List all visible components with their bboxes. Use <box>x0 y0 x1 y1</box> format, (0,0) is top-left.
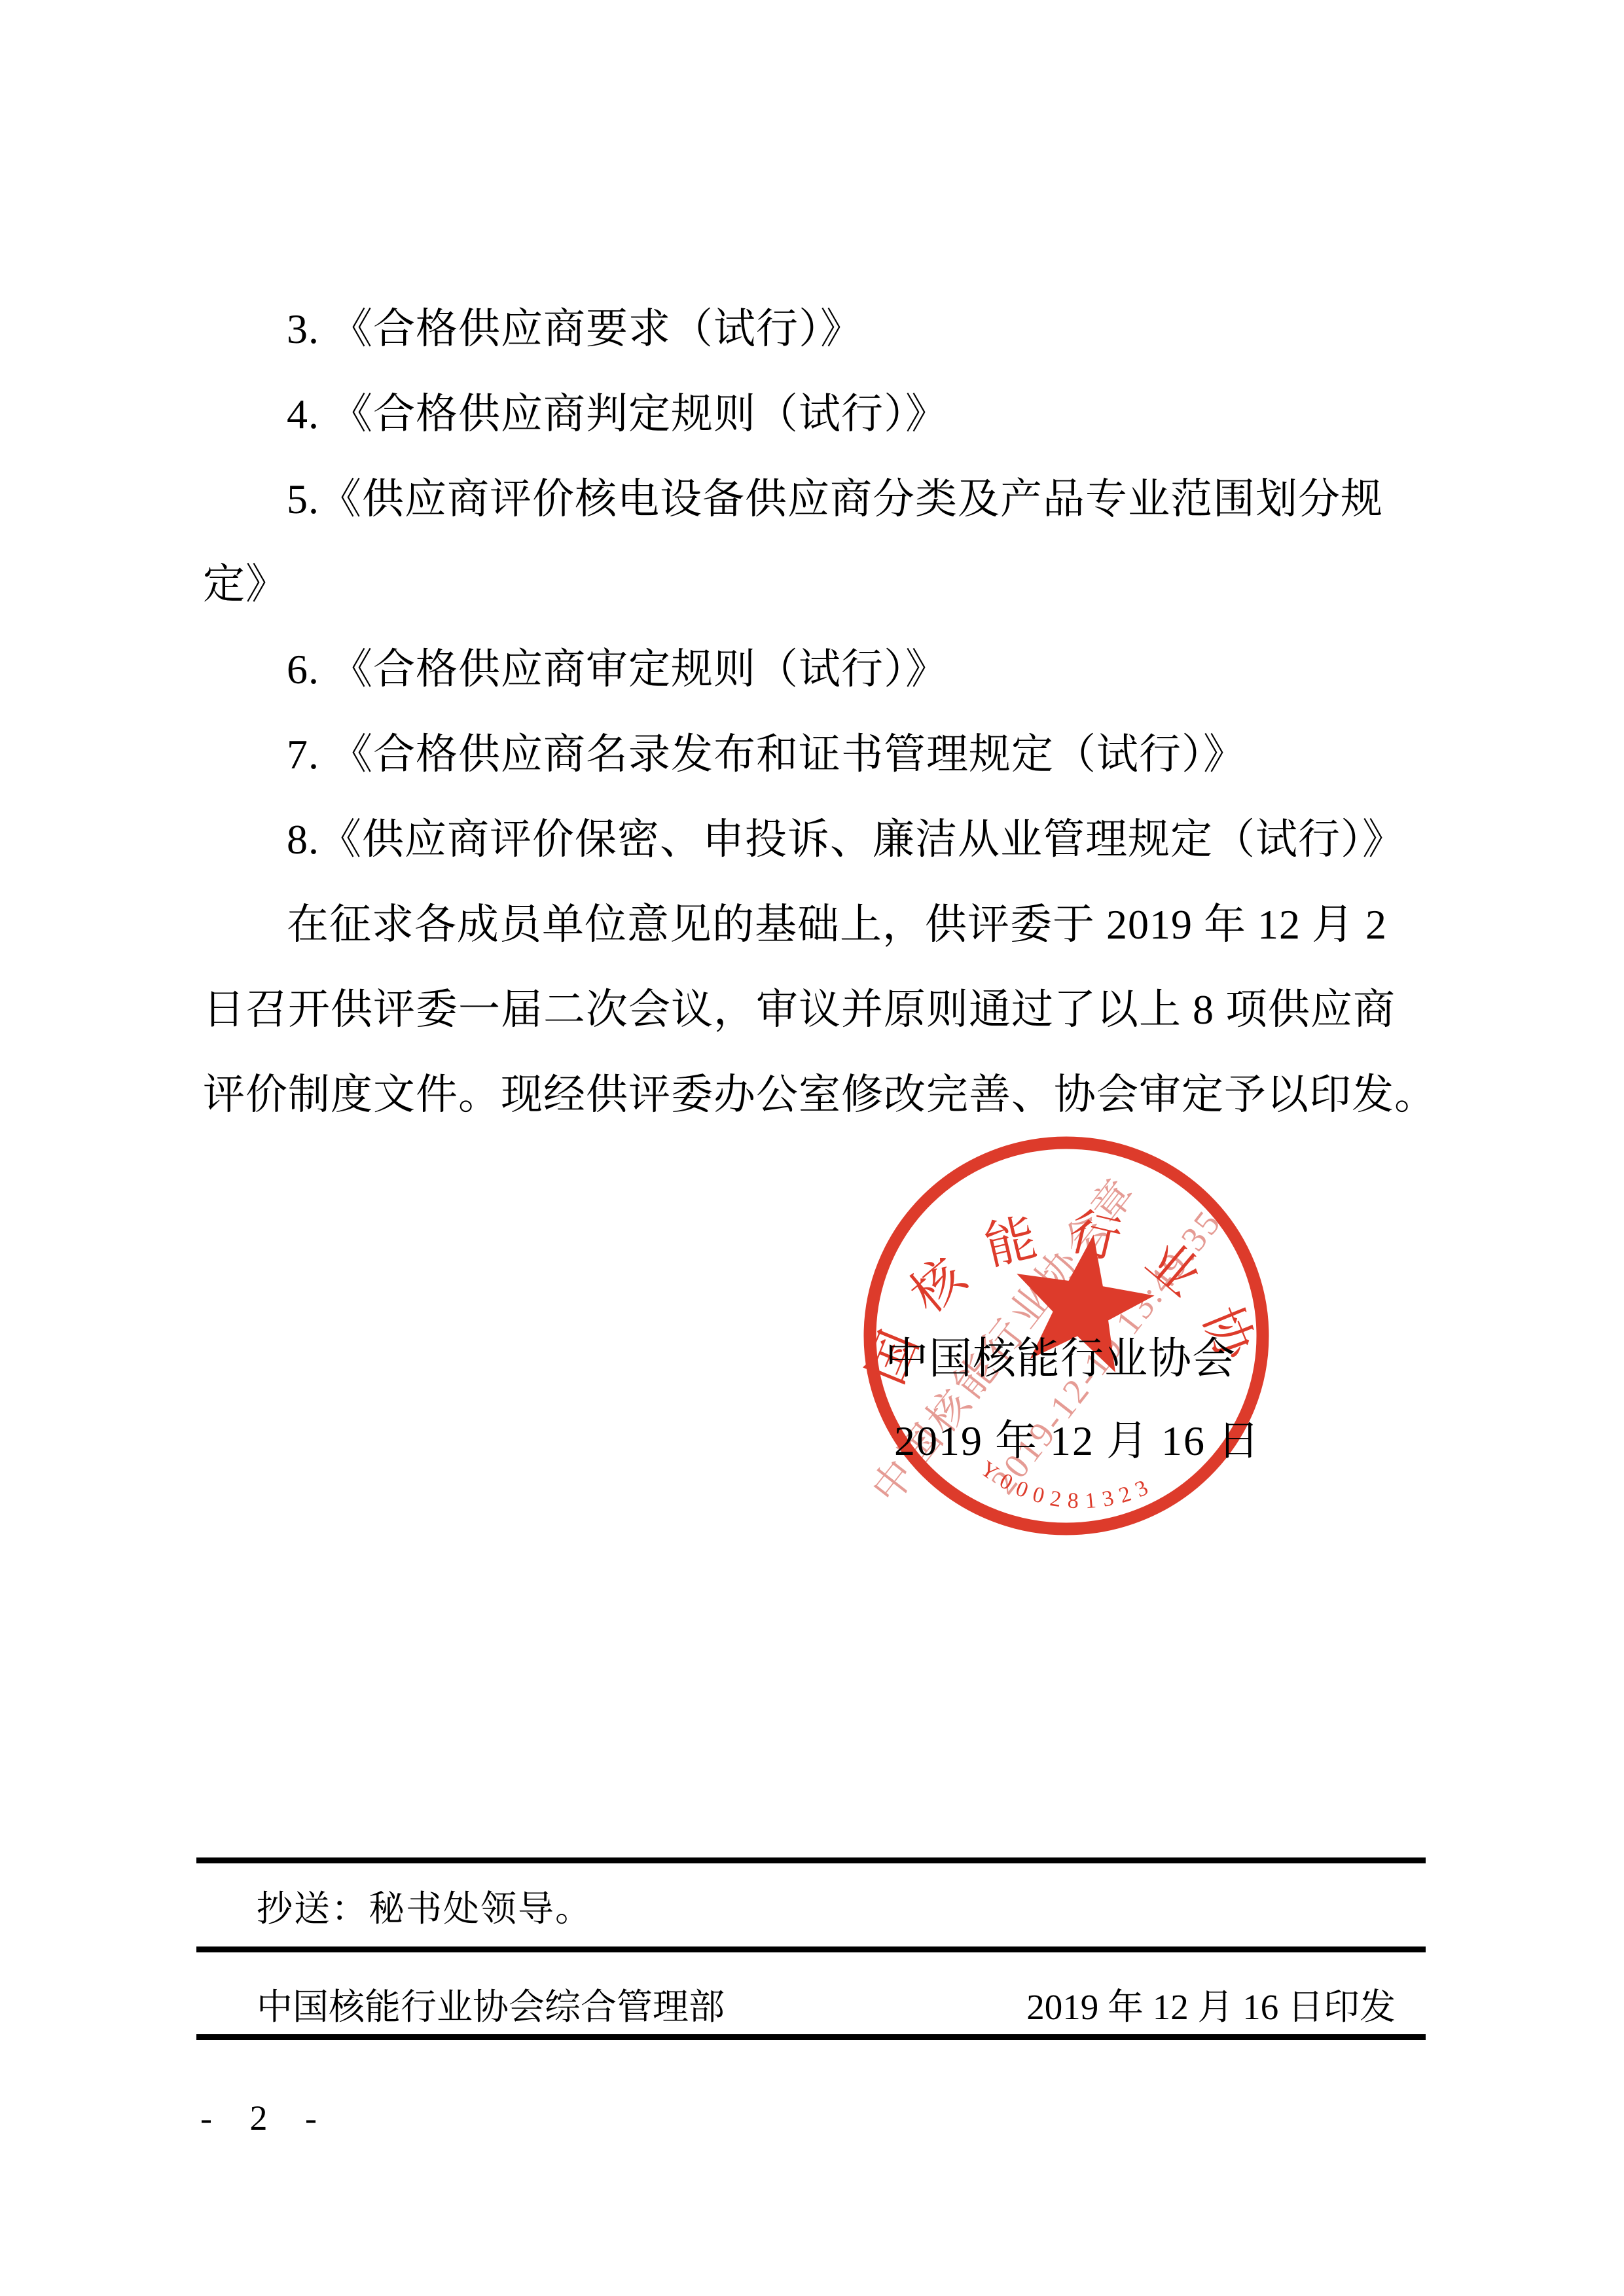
list-item-4: 4. 《合格供应商判定规则（试行）》 <box>203 372 1428 457</box>
print-date: 2019 年 12 月 16 日印发 <box>1026 1978 1396 2030</box>
cc-line: 抄送：秘书处领导。 <box>257 1880 592 1931</box>
footer-issuer-row: 中国核能行业协会综合管理部 2019 年 12 月 16 日印发 <box>257 1978 1396 2030</box>
footer-rule-bottom <box>196 2034 1426 2040</box>
list-item-8: 8.《供应商评价保密、申投诉、廉洁从业管理规定（试行）》 <box>203 797 1428 882</box>
footer-rule-middle <box>196 1946 1426 1952</box>
list-item-5: 5.《供应商评价核电设备供应商分类及产品专业范围划分规 <box>203 457 1428 542</box>
document-page: 3. 《合格供应商要求（试行）》 4. 《合格供应商判定规则（试行）》 5.《供… <box>0 0 1624 2296</box>
signature-date: 2019 年 12 月 16 日 <box>894 1407 1261 1467</box>
list-item-5-continued: 定》 <box>203 542 1428 627</box>
footer-rule-top <box>196 1857 1426 1863</box>
paragraph-line-2: 日召开供评委一届二次会议，审议并原则通过了以上 8 项供应商 <box>203 967 1428 1052</box>
body-text-block: 3. 《合格供应商要求（试行）》 4. 《合格供应商判定规则（试行）》 5.《供… <box>203 287 1428 1138</box>
paragraph-line-3: 评价制度文件。现经供评委办公室修改完善、协会审定予以印发。 <box>203 1052 1428 1138</box>
list-item-3: 3. 《合格供应商要求（试行）》 <box>203 287 1428 372</box>
signature-organization: 中国核能行业协会 <box>885 1323 1236 1386</box>
page-number: - 2 - <box>200 2098 331 2138</box>
list-item-7: 7. 《合格供应商名录发布和证书管理规定（试行）》 <box>203 712 1428 797</box>
issuing-department: 中国核能行业协会综合管理部 <box>257 1978 725 2030</box>
paragraph-line-1: 在征求各成员单位意见的基础上，供评委于 2019 年 12 月 2 <box>203 882 1428 967</box>
list-item-6: 6. 《合格供应商审定规则（试行）》 <box>203 627 1428 712</box>
